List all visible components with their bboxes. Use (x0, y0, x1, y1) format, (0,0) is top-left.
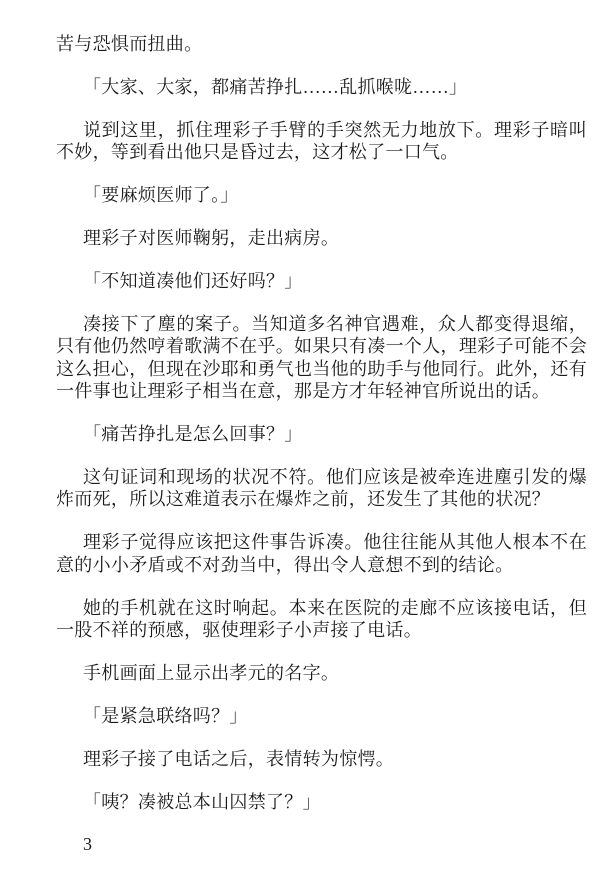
body-paragraph: 「咦？凑被总本山囚禁了？」 (56, 791, 587, 813)
body-paragraph: 「痛苦挣扎是怎么回事？」 (56, 423, 587, 445)
body-paragraph: 「不知道凑他们还好吗？」 (56, 270, 587, 292)
body-paragraph: 说到这里，抓住理彩子手臂的手突然无力地放下。理彩子暗叫不妙，等到看出他只是昏过去… (56, 119, 587, 164)
body-paragraph: 「是紧急联络吗？」 (56, 705, 587, 727)
body-paragraph: 她的手机就在这时响起。本来在医院的走廊不应该接电话，但一股不祥的预感，驱使理彩子… (56, 597, 587, 642)
page-number: 3 (56, 833, 587, 855)
body-paragraph: 「大家、大家，都痛苦挣扎……乱抓喉咙……」 (56, 76, 587, 98)
page-body: 苦与恐惧而扭曲。「大家、大家，都痛苦挣扎……乱抓喉咙……」说到这里，抓住理彩子手… (56, 33, 587, 813)
body-paragraph: 理彩子觉得应该把这件事告诉凑。他往往能从其他人根本不在意的小小矛盾或不对劲当中，… (56, 531, 587, 576)
body-paragraph: 「要麻烦医师了。」 (56, 184, 587, 206)
body-paragraph: 凑接下了塵的案子。当知道多名神官遇难，众人都变得退缩，只有他仍然哼着歌满不在乎。… (56, 313, 587, 403)
body-paragraph: 苦与恐惧而扭曲。 (56, 33, 587, 55)
body-paragraph: 理彩子接了电话之后，表情转为惊愕。 (56, 748, 587, 770)
body-paragraph: 理彩子对医师鞠躬，走出病房。 (56, 227, 587, 249)
book-page: 苦与恐惧而扭曲。「大家、大家，都痛苦挣扎……乱抓喉咙……」说到这里，抓住理彩子手… (0, 0, 613, 869)
body-paragraph: 手机画面上显示出孝元的名字。 (56, 662, 587, 684)
body-paragraph: 这句证词和现场的状况不符。他们应该是被牵连进塵引发的爆炸而死，所以这难道表示在爆… (56, 466, 587, 511)
